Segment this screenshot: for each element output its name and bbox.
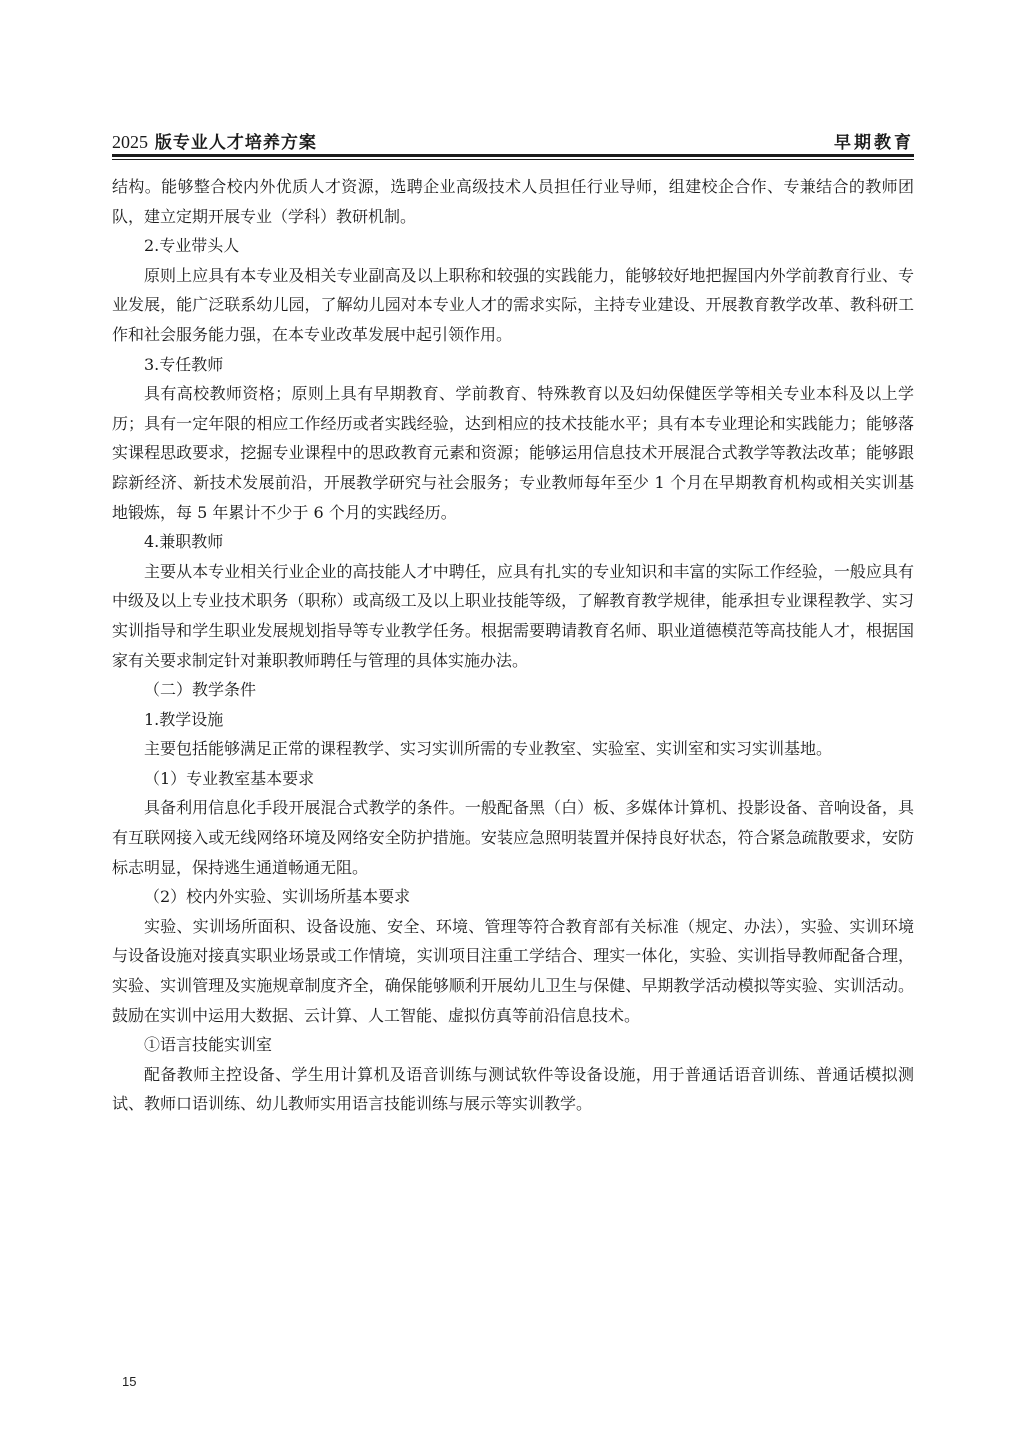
section-heading: （2）校内外实验、实训场所基本要求	[112, 882, 914, 912]
header-title-text: 版专业人才培养方案	[155, 133, 317, 153]
page-number: 15	[122, 1374, 136, 1389]
section-heading: 2.专业带头人	[112, 231, 914, 261]
section-heading: （二）教学条件	[112, 675, 914, 705]
paragraph: 具备利用信息化手段开展混合式教学的条件。一般配备黑（白）板、多媒体计算机、投影设…	[112, 793, 914, 882]
header-rule-thick	[112, 154, 914, 157]
paragraph: 结构。能够整合校内外优质人才资源，选聘企业高级技术人员担任行业导师，组建校企合作…	[112, 172, 914, 231]
page-header: 2025 版专业人才培养方案 早期教育	[112, 126, 914, 156]
paragraph: 实验、实训场所面积、设备设施、安全、环境、管理等符合教育部有关标准（规定、办法）…	[112, 912, 914, 1030]
header-section-title: 早期教育	[834, 128, 914, 153]
section-heading: （1）专业教室基本要求	[112, 764, 914, 794]
section-heading: ①语言技能实训室	[112, 1030, 914, 1060]
paragraph: 主要从本专业相关行业企业的高技能人才中聘任，应具有扎实的专业知识和丰富的实际工作…	[112, 557, 914, 675]
paragraph: 具有高校教师资格；原则上具有早期教育、学前教育、特殊教育以及妇幼保健医学等相关专…	[112, 379, 914, 527]
section-heading: 4.兼职教师	[112, 527, 914, 557]
section-heading: 1.教学设施	[112, 705, 914, 735]
paragraph: 原则上应具有本专业及相关专业副高及以上职称和较强的实践能力，能够较好地把握国内外…	[112, 261, 914, 350]
header-rule-thin	[112, 159, 914, 160]
paragraph: 配备教师主控设备、学生用计算机及语音训练与测试软件等设备设施，用于普通话语音训练…	[112, 1060, 914, 1119]
header-document-title: 2025 版专业人才培养方案	[112, 128, 317, 153]
section-heading: 3.专任教师	[112, 350, 914, 380]
paragraph: 主要包括能够满足正常的课程教学、实习实训所需的专业教室、实验室、实训室和实习实训…	[112, 734, 914, 764]
header-year: 2025	[112, 132, 148, 152]
page-body: 结构。能够整合校内外优质人才资源，选聘企业高级技术人员担任行业导师，组建校企合作…	[112, 172, 914, 1119]
